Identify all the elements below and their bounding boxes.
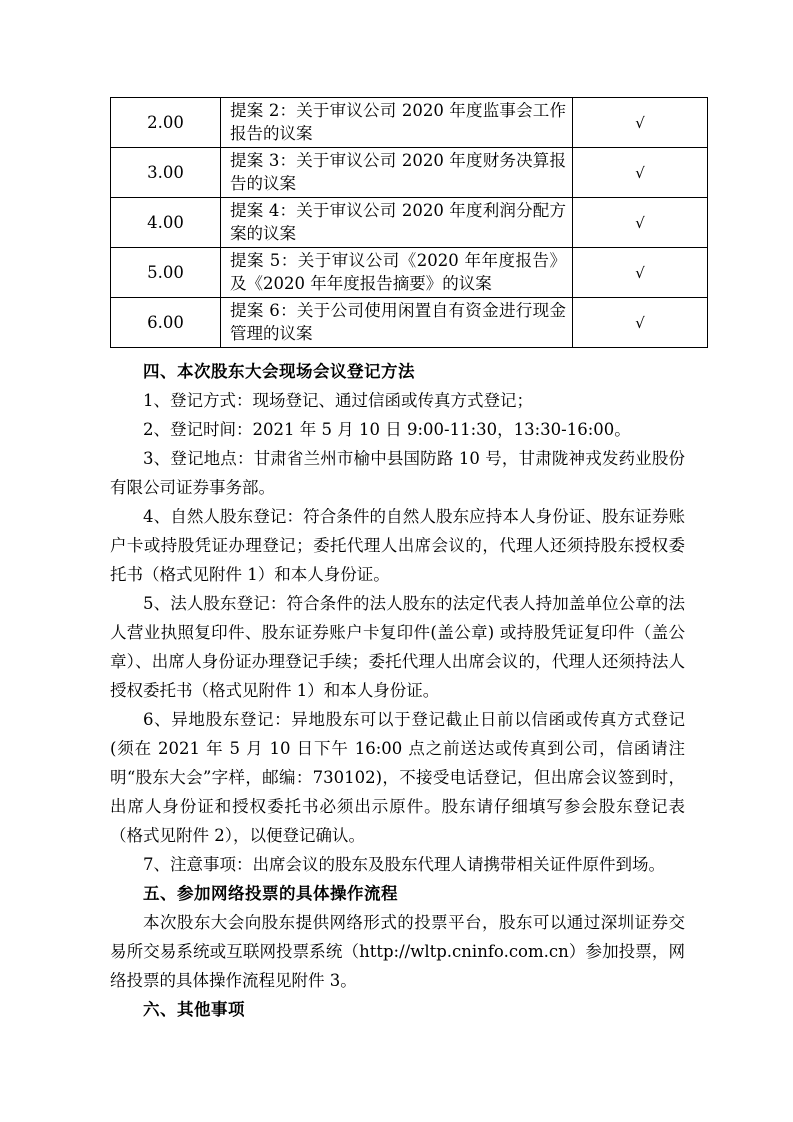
registration-item-3: 3、登记地点：甘肃省兰州市榆中县国防路 10 号，甘肃陇神戎发药业股份有限公司证… <box>110 444 685 502</box>
table-row: 3.00 提案 3：关于审议公司 2020 年度财务决算报告的议案 √ <box>111 148 708 198</box>
proposal-code-cell: 5.00 <box>111 248 221 298</box>
section-heading-other-matters: 六、其他事项 <box>110 995 685 1024</box>
section-heading-online-voting: 五、参加网络投票的具体操作流程 <box>110 879 685 908</box>
vote-checkmark-cell: √ <box>573 98 708 148</box>
table-row: 4.00 提案 4：关于审议公司 2020 年度利润分配方案的议案 √ <box>111 198 708 248</box>
registration-item-5: 5、法人股东登记：符合条件的法人股东的法定代表人持加盖单位公章的法人营业执照复印… <box>110 589 685 705</box>
proposal-code-cell: 2.00 <box>111 98 221 148</box>
table-row: 6.00 提案 6：关于公司使用闲置自有资金进行现金管理的议案 √ <box>111 298 708 348</box>
document-page: 2.00 提案 2：关于审议公司 2020 年度监事会工作报告的议案 √ 3.0… <box>0 0 793 1122</box>
registration-item-7: 7、注意事项：出席会议的股东及股东代理人请携带相关证件原件到场。 <box>110 850 685 879</box>
document-body: 四、本次股东大会现场会议登记方法 1、登记方式：现场登记、通过信函或传真方式登记… <box>110 357 685 1024</box>
proposal-title-cell: 提案 2：关于审议公司 2020 年度监事会工作报告的议案 <box>221 98 573 148</box>
table-row: 2.00 提案 2：关于审议公司 2020 年度监事会工作报告的议案 √ <box>111 98 708 148</box>
proposal-title-cell: 提案 5：关于审议公司《2020 年年度报告》及《2020 年年度报告摘要》的议… <box>221 248 573 298</box>
vote-checkmark-cell: √ <box>573 198 708 248</box>
proposal-title-cell: 提案 3：关于审议公司 2020 年度财务决算报告的议案 <box>221 148 573 198</box>
registration-item-4: 4、自然人股东登记：符合条件的自然人股东应持本人身份证、股东证券账户卡或持股凭证… <box>110 502 685 589</box>
vote-checkmark-cell: √ <box>573 148 708 198</box>
online-voting-paragraph: 本次股东大会向股东提供网络形式的投票平台，股东可以通过深圳证券交易所交易系统或互… <box>110 908 685 995</box>
registration-item-1: 1、登记方式：现场登记、通过信函或传真方式登记； <box>110 386 685 415</box>
registration-item-2: 2、登记时间：2021 年 5 月 10 日 9:00-11:30，13:30-… <box>110 415 685 444</box>
proposal-code-cell: 3.00 <box>111 148 221 198</box>
registration-item-6: 6、异地股东登记：异地股东可以于登记截止日前以信函或传真方式登记(须在 2021… <box>110 705 685 850</box>
vote-checkmark-cell: √ <box>573 298 708 348</box>
document-content: 2.00 提案 2：关于审议公司 2020 年度监事会工作报告的议案 √ 3.0… <box>110 97 685 1024</box>
proposal-code-cell: 6.00 <box>111 298 221 348</box>
table-row: 5.00 提案 5：关于审议公司《2020 年年度报告》及《2020 年年度报告… <box>111 248 708 298</box>
section-heading-registration: 四、本次股东大会现场会议登记方法 <box>110 357 685 386</box>
proposal-code-cell: 4.00 <box>111 198 221 248</box>
vote-checkmark-cell: √ <box>573 248 708 298</box>
proposal-title-cell: 提案 6：关于公司使用闲置自有资金进行现金管理的议案 <box>221 298 573 348</box>
proposal-voting-table: 2.00 提案 2：关于审议公司 2020 年度监事会工作报告的议案 √ 3.0… <box>110 97 708 348</box>
proposal-title-cell: 提案 4：关于审议公司 2020 年度利润分配方案的议案 <box>221 198 573 248</box>
